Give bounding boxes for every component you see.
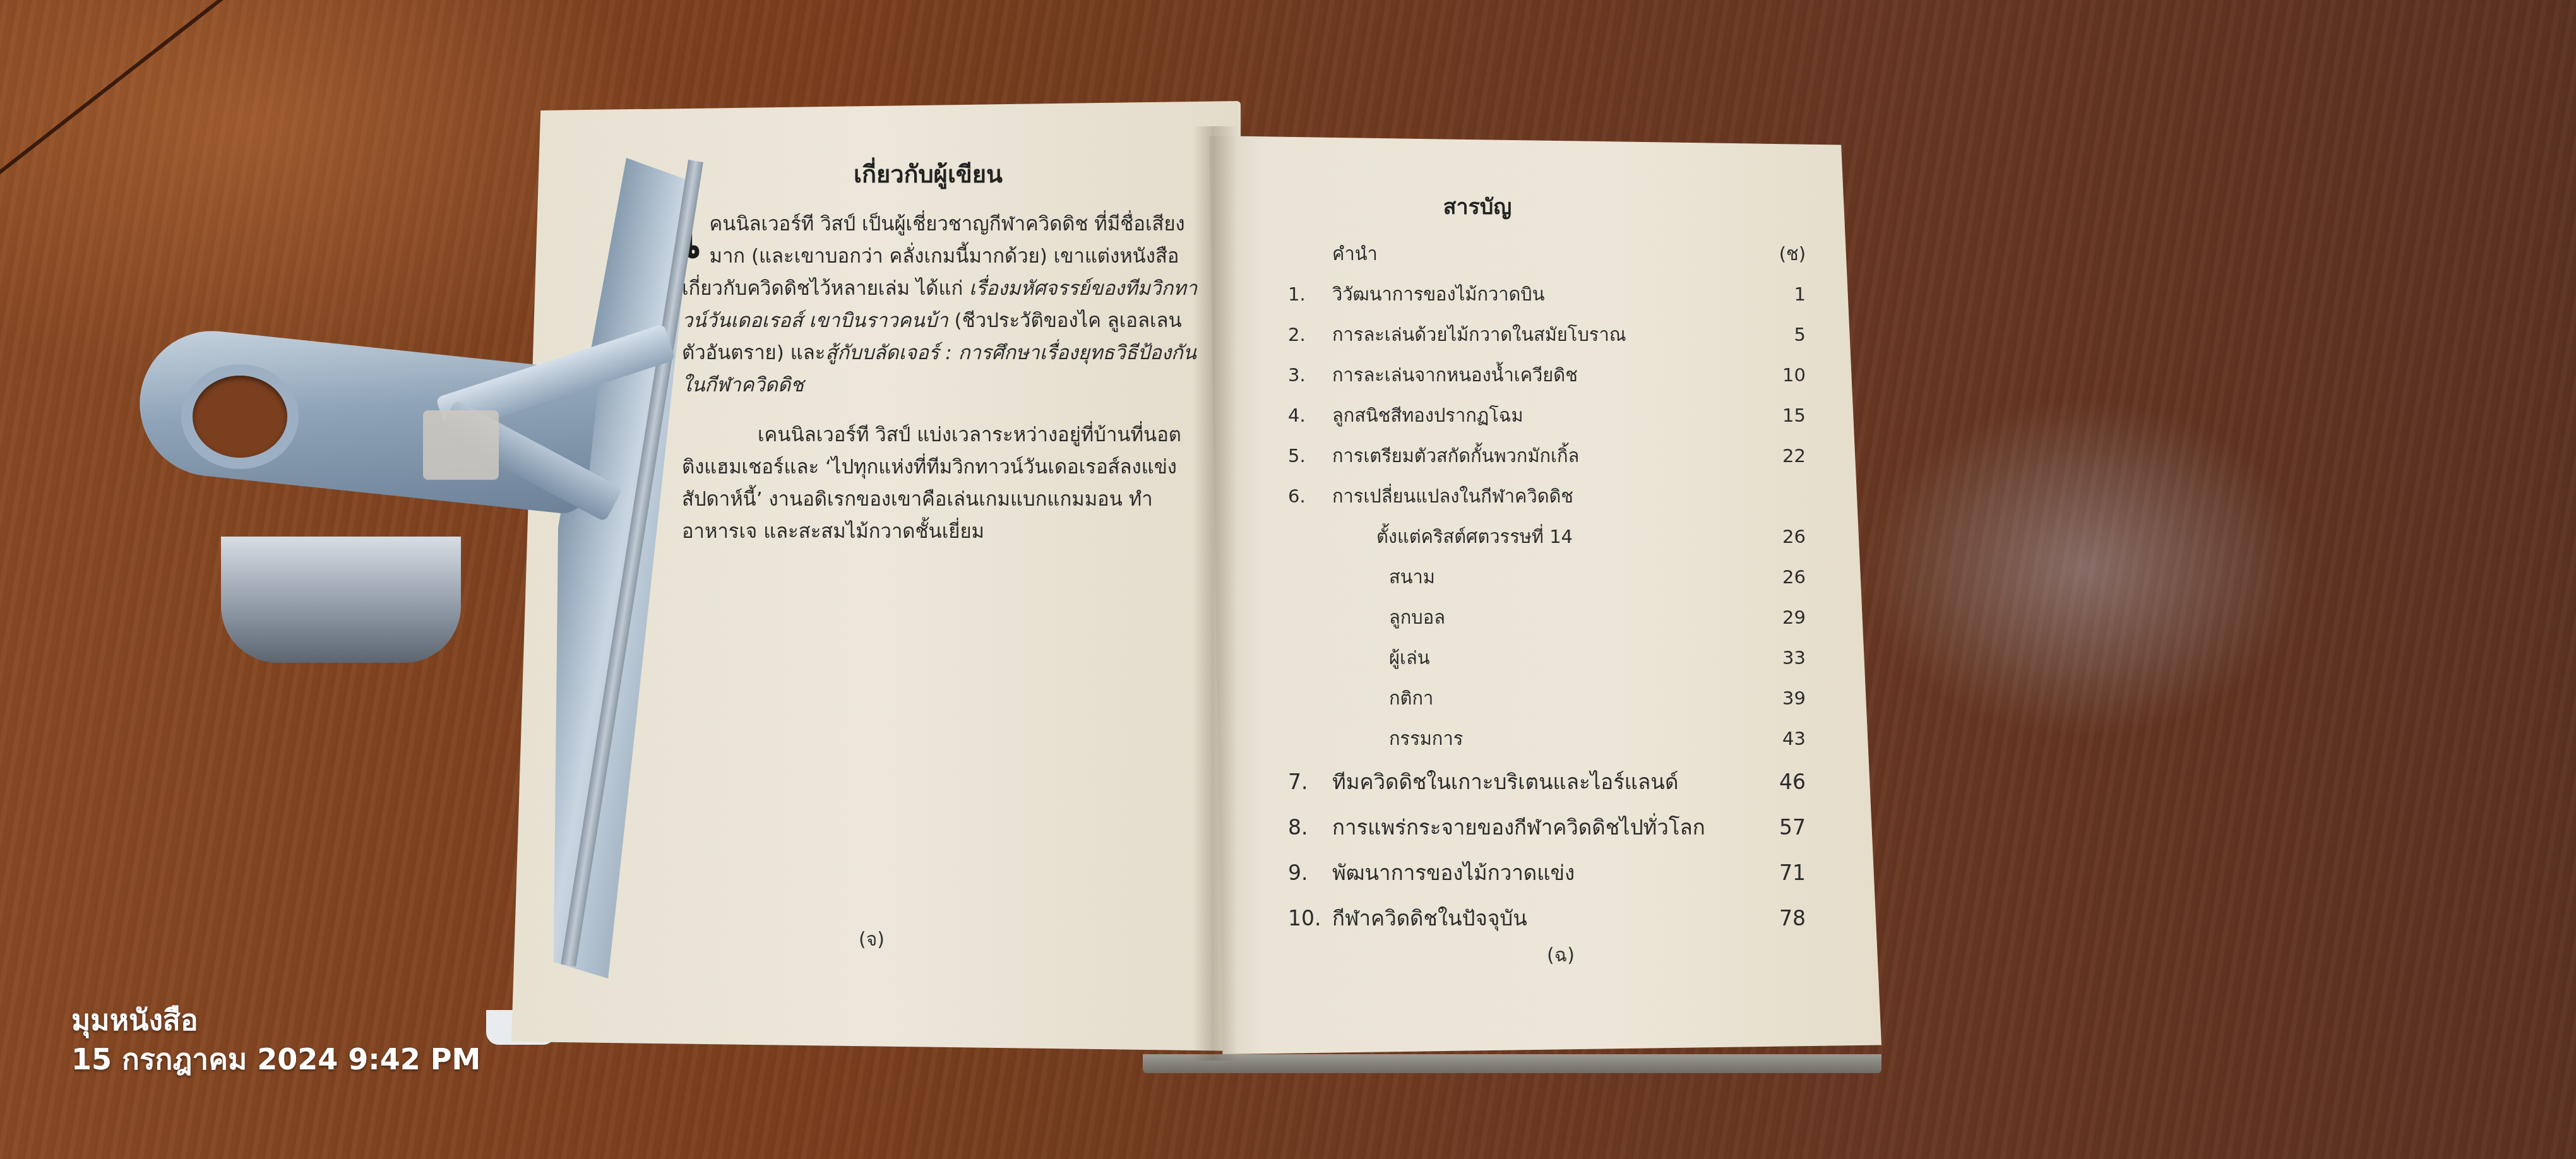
text-run [802,309,809,332]
toc-entry: กรรมการ43 [1288,718,1806,759]
toc-entry: ตั้งแต่คริสต์ศตวรรษที่ 1426 [1288,516,1806,557]
watermark-title: มุมหนังสือ [71,1001,480,1040]
toc-page-number: 78 [1779,906,1806,930]
left-page-body: เ คนนิลเวอร์ที วิสป์ เป็นผู้เชี่ยวชาญกีฬ… [682,208,1200,566]
toc-entry: กติกา39 [1288,678,1806,718]
toc-label: กีฬาควิดดิชในปัจจุบัน [1332,901,1806,935]
table-of-contents: คำนำ(ช)1.วิวัฒนาการของไม้กวาดบิน12.การละ… [1288,234,1806,941]
toc-label: การเตรียมตัวสกัดกั้นพวกมักเกิ้ล [1332,441,1806,470]
toc-entry: 3.การละเล่นจากหนองน้ำเควียดิช10 [1288,355,1806,395]
book-page-block [1143,1054,1881,1073]
toc-page-number: 33 [1782,647,1806,669]
toc-number: 2. [1288,324,1332,345]
toc-page-number: 15 [1782,405,1806,426]
toc-page-number: 71 [1779,860,1806,885]
toc-page-number: 1 [1794,283,1806,305]
toc-number: 10. [1288,906,1332,930]
toc-entry: 6.การเปลี่ยนแปลงในกีฬาควิดดิช [1288,476,1806,516]
toc-label: การละเล่นด้วยไม้กวาดในสมัยโบราณ [1332,320,1806,349]
toc-label: สนาม [1332,562,1806,591]
photo-watermark: มุมหนังสือ 15 กรกฎาคม 2024 9:42 PM [71,1001,480,1079]
toc-entry: 5.การเตรียมตัวสกัดกั้นพวกมักเกิ้ล22 [1288,436,1806,476]
bulldog-clip [139,145,707,978]
toc-page-number: 29 [1782,607,1806,628]
toc-entry: 1.วิวัฒนาการของไม้กวาดบิน1 [1288,274,1806,314]
toc-page-number: 5 [1794,324,1806,345]
toc-number: 8. [1288,815,1332,840]
toc-page-number: 26 [1782,566,1806,588]
toc-label: วิวัฒนาการของไม้กวาดบิน [1332,280,1806,309]
toc-label: ตั้งแต่คริสต์ศตวรรษที่ 14 [1332,522,1806,551]
toc-page-number: 26 [1782,526,1806,547]
toc-label: คำนำ [1332,239,1806,268]
toc-page-number: 22 [1782,445,1806,467]
right-page-number: (ฉ) [1547,941,1575,970]
toc-entry: 10.กีฬาควิดดิชในปัจจุบัน78 [1288,895,1806,941]
toc-label: ทีมควิดดิชในเกาะบริเตนและไอร์แลนด์ [1332,765,1806,799]
toc-label: การเปลี่ยนแปลงในกีฬาควิดดิช [1332,482,1806,511]
toc-entry: สนาม26 [1288,557,1806,597]
toc-number: 7. [1288,770,1332,794]
book-gutter [1193,126,1237,1061]
book-title-italic: เขาบินราวคนบ้า [809,309,948,332]
toc-entry: 9.พัฒนาการของไม้กวาดแข่ง71 [1288,850,1806,895]
clip-spring-back [221,537,461,663]
toc-label: ลูกสนิชสีทองปรากฏโฉม [1332,401,1806,430]
toc-number: 4. [1288,405,1332,426]
author-paragraph-2: เคนนิลเวอร์ที วิสป์ แบ่งเวลาระหว่างอยู่ท… [682,419,1200,548]
toc-label: ผู้เล่น [1332,643,1806,672]
toc-page-number: 10 [1782,364,1806,386]
toc-page-number: 57 [1779,815,1806,840]
toc-entry: ผู้เล่น33 [1288,638,1806,678]
left-page-number: (จ) [859,925,885,954]
toc-entry: 4.ลูกสนิชสีทองปรากฏโฉม15 [1288,395,1806,436]
watermark-datetime: 15 กรกฎาคม 2024 9:42 PM [71,1040,480,1079]
toc-label: การละเล่นจากหนองน้ำเควียดิช [1332,360,1806,389]
toc-label: พัฒนาการของไม้กวาดแข่ง [1332,856,1806,889]
toc-number: 1. [1288,283,1332,305]
toc-entry: คำนำ(ช) [1288,234,1806,274]
toc-entry: 2.การละเล่นด้วยไม้กวาดในสมัยโบราณ5 [1288,314,1806,355]
toc-label: การแพร่กระจายของกีฬาควิดดิชไปทั่วโลก [1332,811,1806,844]
toc-page-number: 46 [1779,770,1806,794]
toc-page-number: 43 [1782,728,1806,749]
toc-entry: 8.การแพร่กระจายของกีฬาควิดดิชไปทั่วโลก57 [1288,804,1806,850]
toc-number: 6. [1288,485,1332,507]
toc-page-number: (ช) [1779,239,1806,268]
toc-label: ลูกบอล [1332,603,1806,632]
toc-title: สารบัญ [1288,189,1667,223]
clip-hole [193,376,287,458]
toc-number: 9. [1288,860,1332,885]
toc-entry: ลูกบอล29 [1288,597,1806,638]
toc-label: กติกา [1332,684,1806,713]
toc-entry: 7.ทีมควิดดิชในเกาะบริเตนและไอร์แลนด์46 [1288,759,1806,804]
toc-number: 5. [1288,445,1332,467]
clip-rivet [423,410,499,480]
left-page-title: เกี่ยวกับผู้เขียน [644,155,1212,193]
author-paragraph-1: เ คนนิลเวอร์ที วิสป์ เป็นผู้เชี่ยวชาญกีฬ… [682,208,1200,401]
toc-page-number: 39 [1782,687,1806,709]
toc-number: 3. [1288,364,1332,386]
toc-label: กรรมการ [1332,724,1806,753]
